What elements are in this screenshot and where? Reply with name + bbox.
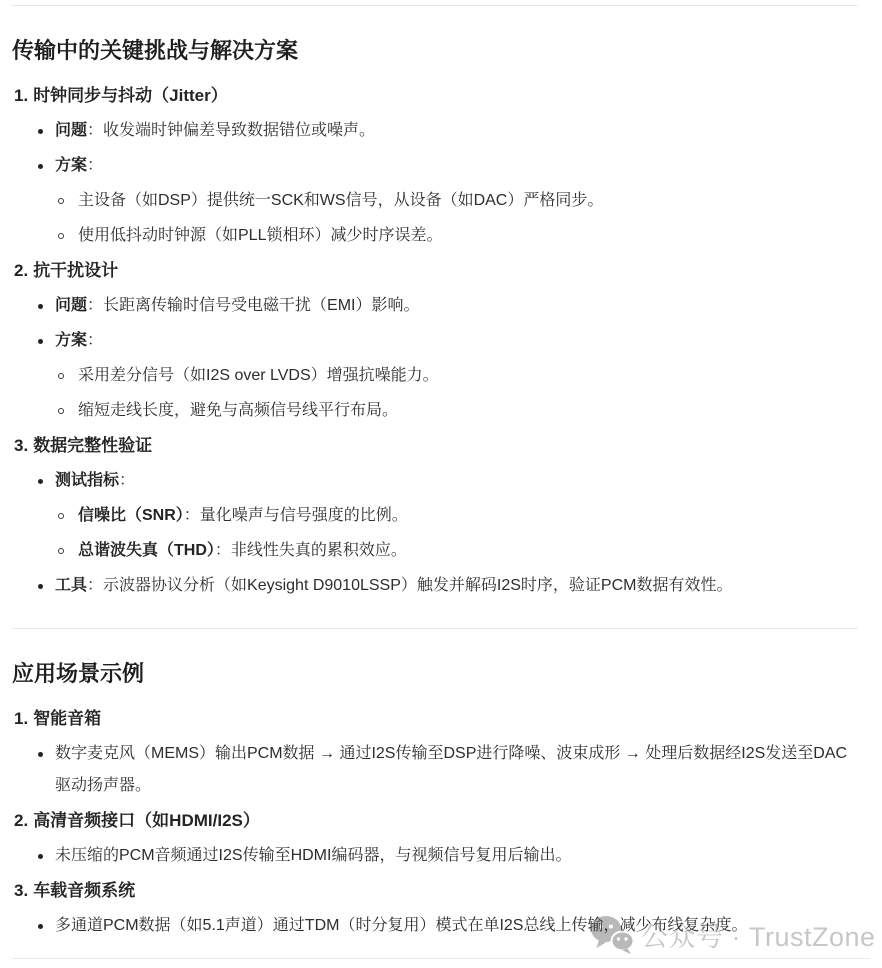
section-divider xyxy=(12,628,858,629)
item-title: 高清音频接口（如HDMI/I2S） xyxy=(33,811,260,830)
list-item: 多通道PCM数据（如5.1声道）通过TDM（时分复用）模式在单I2S总线上传输，… xyxy=(12,910,858,942)
bullet-text: 未压缩的PCM音频通过I2S传输至HDMI编码器，与视频信号复用后输出。 xyxy=(55,847,571,864)
item-number: 3. xyxy=(14,881,28,900)
bullet-label: 问题 xyxy=(55,297,87,314)
bullet-label: 方案 xyxy=(55,332,87,349)
sub-bullet-text: ：量化噪声与信号强度的比例。 xyxy=(184,507,408,524)
list-item: 方案： xyxy=(12,325,858,357)
sub-bullet-text: 采用差分信号（如I2S over LVDS）增强抗噪能力。 xyxy=(78,367,439,384)
sub-bullet-label: 信噪比（SNR） xyxy=(78,507,184,524)
item-number: 3. xyxy=(14,436,28,455)
sub-list-item: 缩短走线长度，避免与高频信号线平行布局。 xyxy=(12,395,858,427)
list-item: 方案： xyxy=(12,150,858,182)
list-item: 未压缩的PCM音频通过I2S传输至HDMI编码器，与视频信号复用后输出。 xyxy=(12,840,858,872)
item-title: 数据完整性验证 xyxy=(33,436,152,455)
bullet-text: ： xyxy=(87,157,103,174)
sub-bullet-text: 主设备（如DSP）提供统一SCK和WS信号，从设备（如DAC）严格同步。 xyxy=(78,192,603,209)
bullet-text: ：长距离传输时信号受电磁干扰（EMI）影响。 xyxy=(87,297,419,314)
numbered-item: 3.数据完整性验证 xyxy=(12,430,858,462)
bullet-text: ： xyxy=(119,472,135,489)
sub-bullet-text: 缩短走线长度，避免与高频信号线平行布局。 xyxy=(78,402,398,419)
article-page: 传输中的关键挑战与解决方案1.时钟同步与抖动（Jitter）问题：收发端时钟偏差… xyxy=(0,0,882,968)
bullet-label: 问题 xyxy=(55,122,87,139)
list-item: 测试指标： xyxy=(12,465,858,497)
numbered-item: 2.抗干扰设计 xyxy=(12,255,858,287)
bullet-label: 测试指标 xyxy=(55,472,119,489)
sections-container: 传输中的关键挑战与解决方案1.时钟同步与抖动（Jitter）问题：收发端时钟偏差… xyxy=(12,37,858,942)
numbered-item: 3.车载音频系统 xyxy=(12,875,858,907)
content-section: 传输中的关键挑战与解决方案1.时钟同步与抖动（Jitter）问题：收发端时钟偏差… xyxy=(12,37,858,602)
item-number: 2. xyxy=(14,811,28,830)
item-title: 抗干扰设计 xyxy=(33,261,118,280)
bottom-divider xyxy=(12,958,870,959)
list-item: 数字麦克风（MEMS）输出PCM数据 → 通过I2S传输至DSP进行降噪、波束成… xyxy=(12,738,858,802)
sub-list-item: 主设备（如DSP）提供统一SCK和WS信号，从设备（如DAC）严格同步。 xyxy=(12,185,858,217)
bullet-text: ：收发端时钟偏差导致数据错位或噪声。 xyxy=(87,122,375,139)
top-divider xyxy=(12,5,858,6)
bullet-text: 多通道PCM数据（如5.1声道）通过TDM（时分复用）模式在单I2S总线上传输，… xyxy=(55,917,747,934)
sub-bullet-text: 使用低抖动时钟源（如PLL锁相环）减少时序误差。 xyxy=(78,227,442,244)
item-title: 智能音箱 xyxy=(33,709,101,728)
bullet-text: ： xyxy=(87,332,103,349)
list-item: 问题：收发端时钟偏差导致数据错位或噪声。 xyxy=(12,115,858,147)
item-title: 车载音频系统 xyxy=(33,881,135,900)
numbered-item: 2.高清音频接口（如HDMI/I2S） xyxy=(12,805,858,837)
sub-list-item: 使用低抖动时钟源（如PLL锁相环）减少时序误差。 xyxy=(12,220,858,252)
sub-bullet-text: ：非线性失真的累积效应。 xyxy=(215,542,407,559)
numbered-item: 1.智能音箱 xyxy=(12,703,858,735)
item-title: 时钟同步与抖动（Jitter） xyxy=(33,86,228,105)
list-item: 问题：长距离传输时信号受电磁干扰（EMI）影响。 xyxy=(12,290,858,322)
content-section: 应用场景示例1.智能音箱数字麦克风（MEMS）输出PCM数据 → 通过I2S传输… xyxy=(12,660,858,942)
bullet-label: 工具 xyxy=(55,577,87,594)
sub-bullet-label: 总谐波失真（THD） xyxy=(78,542,215,559)
sub-list-item: 总谐波失真（THD）：非线性失真的累积效应。 xyxy=(12,535,858,567)
list-item: 工具：示波器协议分析（如Keysight D9010LSSP）触发并解码I2S时… xyxy=(12,570,858,602)
numbered-item: 1.时钟同步与抖动（Jitter） xyxy=(12,80,858,112)
bullet-label: 方案 xyxy=(55,157,87,174)
bullet-text: ：示波器协议分析（如Keysight D9010LSSP）触发并解码I2S时序，… xyxy=(87,577,732,594)
section-heading: 传输中的关键挑战与解决方案 xyxy=(12,37,858,64)
item-number: 2. xyxy=(14,261,28,280)
item-number: 1. xyxy=(14,709,28,728)
bullet-text: 数字麦克风（MEMS）输出PCM数据 → 通过I2S传输至DSP进行降噪、波束成… xyxy=(55,745,847,794)
item-number: 1. xyxy=(14,86,28,105)
sub-list-item: 信噪比（SNR）：量化噪声与信号强度的比例。 xyxy=(12,500,858,532)
section-heading: 应用场景示例 xyxy=(12,660,858,687)
sub-list-item: 采用差分信号（如I2S over LVDS）增强抗噪能力。 xyxy=(12,360,858,392)
document-body: 传输中的关键挑战与解决方案1.时钟同步与抖动（Jitter）问题：收发端时钟偏差… xyxy=(0,5,882,942)
